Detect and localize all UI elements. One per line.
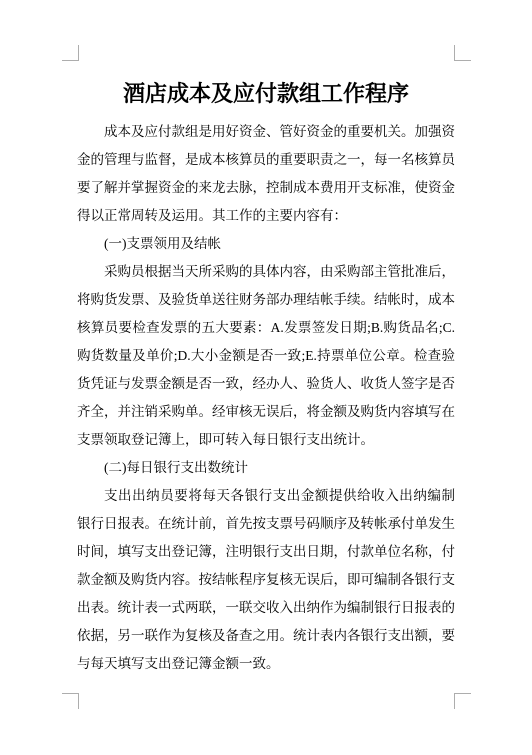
- paragraph-line: 核算员要检查发票的五大要素：A.发票签发日期;B.购货品名;C.: [77, 314, 455, 342]
- paragraph-line: 购货数量及单价;D.大小金额是否一致;E.持票单位公章。检查验: [77, 342, 455, 370]
- document-body: 成本及应付款组是用好资金、管好资金的重要机关。加强资金的管理与监督，是成本核算员…: [77, 118, 455, 678]
- paragraph-line: 支票领取登记簿上，即可转入每日银行支出统计。: [77, 426, 455, 454]
- text-area[interactable]: 酒店成本及应付款组工作程序 成本及应付款组是用好资金、管好资金的重要机关。加强资…: [77, 79, 455, 678]
- margin-crop-mark-bottom-left: [62, 693, 79, 709]
- paragraph-line: 货凭证与发票金额是否一致，经办人、验货人、收货人签字是否: [77, 370, 455, 398]
- document-page: 酒店成本及应付款组工作程序 成本及应付款组是用好资金、管好资金的重要机关。加强资…: [0, 0, 532, 755]
- margin-crop-mark-bottom-right: [454, 693, 471, 709]
- paragraph-line: 银行日报表。在统计前，首先按支票号码顺序及转帐承付单发生: [77, 510, 455, 538]
- paragraph-line: 得以正常周转及运用。其工作的主要内容有：: [77, 202, 455, 230]
- paragraph-line: 支出出纳员要将每天各银行支出金额提供给收入出纳编制: [77, 482, 455, 510]
- paragraph-line: 时间，填写支出登记簿，注明银行支出日期，付款单位名称，付: [77, 538, 455, 566]
- paragraph-line: 金的管理与监督，是成本核算员的重要职责之一，每一名核算员: [77, 146, 455, 174]
- section-heading-line: (二)每日银行支出数统计: [77, 454, 455, 482]
- paragraph-line: 成本及应付款组是用好资金、管好资金的重要机关。加强资: [77, 118, 455, 146]
- paragraph-line: 与每天填写支出登记簿金额一致。: [77, 650, 455, 678]
- paragraph-line: 款金额及购货内容。按结帐程序复核无误后，即可编制各银行支: [77, 566, 455, 594]
- margin-crop-mark-top-right: [454, 45, 471, 61]
- paragraph-line: 齐全，并注销采购单。经审核无误后，将金额及购货内容填写在: [77, 398, 455, 426]
- paragraph-line: 依据，另一联作为复核及备查之用。统计表内各银行支出额，要: [77, 622, 455, 650]
- document-title: 酒店成本及应付款组工作程序: [77, 79, 455, 109]
- paragraph-line: 要了解并掌握资金的来龙去脉，控制成本费用开支标准，使资金: [77, 174, 455, 202]
- paragraph-line: 采购员根据当天所采购的具体内容，由采购部主管批准后，: [77, 258, 455, 286]
- paragraph-line: 将购货发票、及验货单送往财务部办理结帐手续。结帐时，成本: [77, 286, 455, 314]
- section-heading-line: (一)支票领用及结帐: [77, 230, 455, 258]
- margin-crop-mark-top-left: [62, 45, 79, 61]
- paragraph-line: 出表。统计表一式两联，一联交收入出纳作为编制银行日报表的: [77, 594, 455, 622]
